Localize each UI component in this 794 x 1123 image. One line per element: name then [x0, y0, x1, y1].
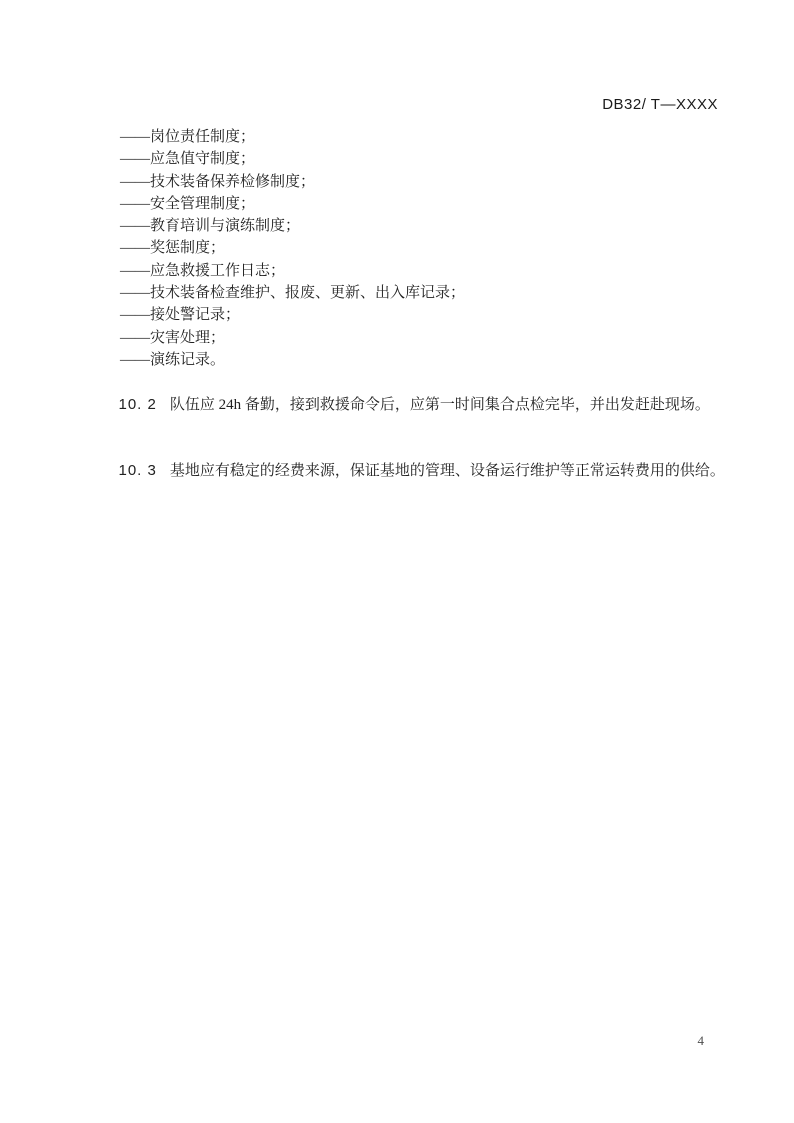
- list-item: ——奖惩制度；: [96, 237, 712, 259]
- list-item: ——岗位责任制度；: [96, 126, 712, 148]
- list-item: ——技术装备保养检修制度；: [96, 171, 712, 193]
- clause-text: 队伍应 24h 备勤，接到救援命令后，应第一时间集合点检完毕，并出发赶赴现场。: [170, 397, 710, 413]
- clause-10-3: 10. 3基地应有稳定的经费来源，保证基地的管理、设备运行维护等正常运转费用的供…: [96, 438, 712, 505]
- page-footer: 4: [96, 1032, 704, 1050]
- page-number: 4: [698, 1033, 705, 1048]
- document-body: ——岗位责任制度； ——应急值守制度； ——技术装备保养检修制度； ——安全管理…: [96, 126, 712, 505]
- page-header: DB32/ T—XXXX: [96, 96, 718, 114]
- list-item: ——技术装备检查维护、报废、更新、出入库记录；: [96, 282, 712, 304]
- list-item: ——应急值守制度；: [96, 148, 712, 170]
- list-item: ——灾害处理；: [96, 327, 712, 349]
- clause-number: 10. 3: [119, 462, 157, 479]
- list-item: ——演练记录。: [96, 349, 712, 371]
- list-item: ——接处警记录；: [96, 304, 712, 326]
- list-item: ——应急救援工作日志；: [96, 260, 712, 282]
- clause-10-2: 10. 2队伍应 24h 备勤，接到救援命令后，应第一时间集合点检完毕，并出发赶…: [96, 371, 712, 438]
- doc-code: DB32/ T—XXXX: [602, 96, 718, 113]
- list-item: ——安全管理制度；: [96, 193, 712, 215]
- clause-number: 10. 2: [119, 396, 157, 413]
- clause-text: 基地应有稳定的经费来源，保证基地的管理、设备运行维护等正常运转费用的供给。: [170, 463, 725, 479]
- list-item: ——教育培训与演练制度；: [96, 215, 712, 237]
- document-page: DB32/ T—XXXX ——岗位责任制度； ——应急值守制度； ——技术装备保…: [0, 0, 794, 1123]
